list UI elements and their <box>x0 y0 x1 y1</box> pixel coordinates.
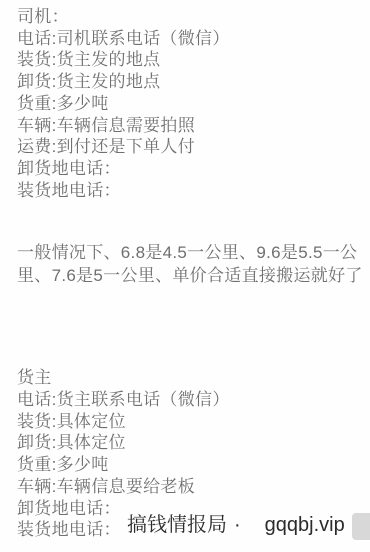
note-page: 司机： 电话:司机联系电话（微信） 装货:货主发的地点 卸货:货主发的地点 货重… <box>0 0 370 541</box>
driver-freight-line: 运费:到付还是下单人付 <box>17 136 370 158</box>
watermark-separator: · <box>234 514 241 536</box>
driver-section: 司机： 电话:司机联系电话（微信） 装货:货主发的地点 卸货:货主发的地点 货重… <box>17 6 370 201</box>
owner-phone-line: 电话:货主联系电话（微信） <box>17 389 370 411</box>
pricing-note: 一般情况下、6.8是4.5一公里、9.6是5.5一公里、7.6是5一公里、单价合… <box>17 241 369 287</box>
driver-vehicle-line: 车辆:车辆信息需要拍照 <box>17 115 370 137</box>
owner-vehicle-line: 车辆:车辆信息要给老板 <box>17 476 370 498</box>
driver-loading-line: 装货:货主发的地点 <box>17 49 370 71</box>
right-edge-tab <box>352 513 370 540</box>
driver-phone-line: 电话:司机联系电话（微信） <box>17 28 370 50</box>
owner-section-title: 货主 <box>17 367 370 389</box>
watermark: 搞钱情报局·gqqbj.vip <box>127 511 345 539</box>
owner-weight-line: 货重:多少吨 <box>17 454 370 476</box>
owner-unloading-line: 卸货:具体定位 <box>17 432 370 454</box>
driver-unloading-line: 卸货:货主发的地点 <box>17 71 370 93</box>
watermark-url: gqqbj.vip <box>265 514 345 536</box>
watermark-brand: 搞钱情报局 <box>127 514 227 536</box>
driver-load-phone-line: 装货地电话： <box>17 180 370 202</box>
driver-weight-line: 货重:多少吨 <box>17 93 370 115</box>
driver-section-title: 司机： <box>17 6 370 28</box>
driver-unload-phone-line: 卸货地电话： <box>17 158 370 180</box>
owner-loading-line: 装货:具体定位 <box>17 411 370 433</box>
